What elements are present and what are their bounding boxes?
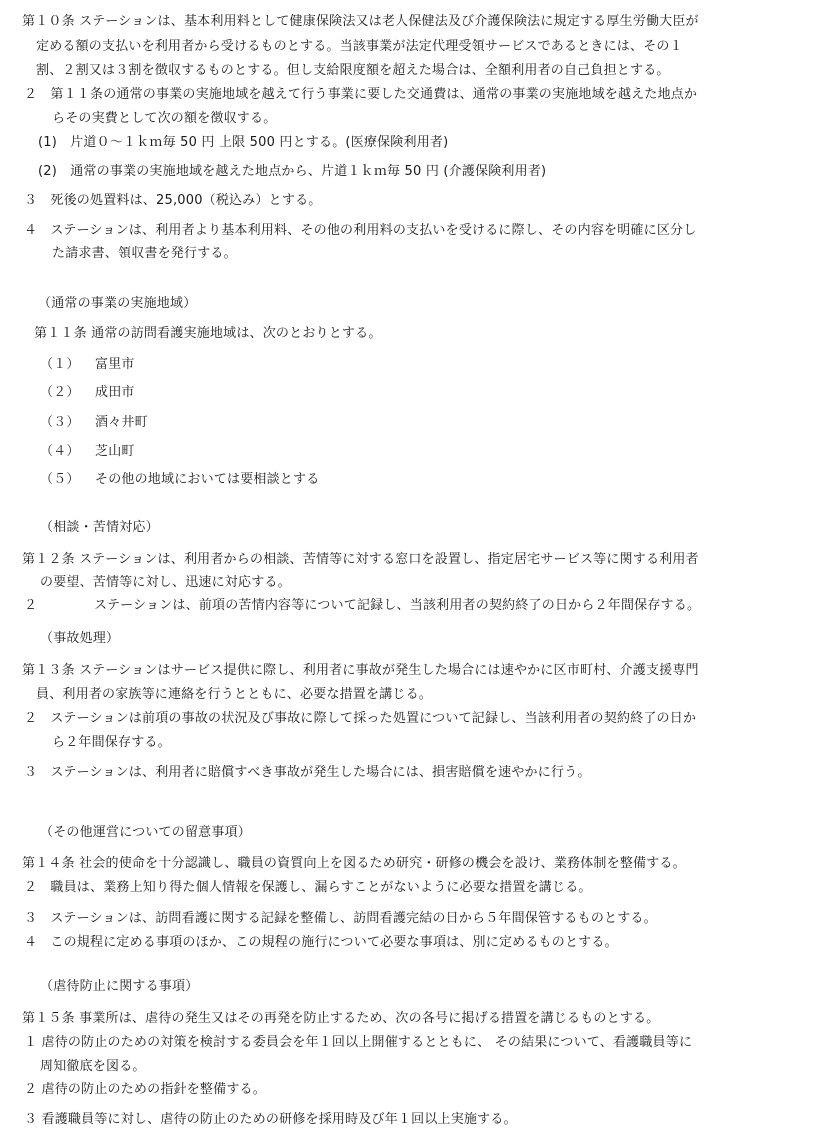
- art12-heading: （相談・苦情対応）: [40, 519, 159, 537]
- art12-para2-text: ステーションは、前項の苦情内容等について記録し、当該利用者の契約終了の日から２年…: [94, 597, 700, 615]
- art14-heading: （その他運営についての留意事項）: [40, 824, 251, 842]
- area-item-text: その他の地域においては要相談とする: [95, 471, 319, 489]
- area-item-number: （３）: [40, 414, 80, 432]
- art12-line-1: 第１２条 ステーションは、利用者からの相談、苦情等に対する窓口を設置し、指定居宅…: [22, 551, 699, 569]
- art10-line-3: 割、２割又は３割を徴収するものとする。但し支給限度額を超えた場合は、全額利用者の…: [36, 62, 670, 80]
- art12-line-2: の要望、苦情等に対し、迅速に対応する。: [40, 574, 291, 592]
- art11-heading: （通常の事業の実施地域）: [38, 295, 196, 313]
- art14-para3: ３ ステーションは、訪問看護に関する記録を整備し、訪問看護完結の日から５年間保管…: [24, 910, 657, 928]
- art13-para2-line-2: ら２年間保存する。: [52, 734, 171, 752]
- art13-heading: （事故処理）: [40, 630, 119, 648]
- art10-para2-item-1: (1) 片道０～１ｋｍ毎 50 円 上限 500 円とする。(医療保険利用者): [38, 134, 448, 152]
- area-item-number: （１）: [40, 356, 80, 374]
- art13-line-2: 員、利用者の家族等に連絡を行うとともに、必要な措置を講じる。: [36, 686, 432, 704]
- art10-line-1: 第１０条 ステーションは、基本利用料として健康保険法又は老人保健法及び介護保険法…: [22, 13, 699, 31]
- art10-para4-line-2: た請求書、領収書を発行する。: [52, 245, 237, 263]
- art15-line-1: 第１５条 事業所は、虐待の発生又はその再発を防止するため、次の各号に掲げる措置を…: [22, 1010, 659, 1028]
- art15-para3: ３ 看護職員等に対し、虐待の防止のための研修を採用時及び年１回以上実施する。: [24, 1111, 517, 1129]
- art10-para4-line-1: ４ ステーションは、利用者より基本利用料、その他の利用料の支払いを受けるに際し、…: [24, 222, 696, 240]
- area-item-text: 芝山町: [95, 443, 135, 461]
- art13-para3: ３ ステーションは、利用者に賠償すべき事故が発生した場合には、損害賠償を速やかに…: [24, 764, 591, 782]
- art12-para2-number: ２: [24, 597, 37, 615]
- art14-para4: ４ この規程に定める事項のほか、この規程の施行について必要な事項は、別に定めるも…: [24, 934, 618, 952]
- art15-para2: ２ 虐待の防止のための指針を整備する。: [24, 1081, 266, 1099]
- art15-para1-line-1: １ 虐待の防止のための対策を検討する委員会を年１回以上開催するとともに、 その結…: [24, 1034, 692, 1052]
- area-item-number: （５）: [40, 471, 80, 489]
- art15-para1-line-2: 周知徹底を図る。: [40, 1058, 146, 1076]
- art13-para2-line-1: ２ ステーションは前項の事故の状況及び事故に際して採った処置について記録し、当該…: [24, 710, 696, 728]
- area-item-text: 酒々井町: [95, 414, 148, 432]
- art10-line-2: 定める額の支払いを利用者から受けるものとする。当該事業が法定代理受領サービスであ…: [36, 38, 683, 56]
- area-item-number: （４）: [40, 443, 80, 461]
- art10-para2-item-2: (2) 通常の事業の実施地域を越えた地点から、片道１ｋｍ毎 50 円 (介護保険…: [38, 163, 546, 181]
- art10-para3: ３ 死後の処置料は、25,000（税込み）とする。: [24, 192, 322, 210]
- art15-heading: （虐待防止に関する事項）: [40, 978, 198, 996]
- art10-para2-line-1: ２ 第１１条の通常の事業の実施地域を越えて行う事業に要した交通費は、通常の事業の…: [24, 86, 697, 104]
- art14-para2: ２ 職員は、業務上知り得た個人情報を保護し、漏らすことがないように必要な措置を講…: [24, 879, 592, 897]
- area-item-text: 富里市: [95, 356, 135, 374]
- art11-intro: 第１１条 通常の訪問看護実施地域は、次のとおりとする。: [34, 325, 382, 343]
- art13-line-1: 第１３条 ステーションはサービス提供に際し、利用者に事故が発生した場合には速やか…: [22, 662, 699, 680]
- area-item-number: （２）: [40, 384, 80, 402]
- art14-line-1: 第１４条 社会的使命を十分認識し、職員の資質向上を図るため研究・研修の機会を設け…: [22, 855, 686, 873]
- area-item-text: 成田市: [95, 384, 135, 402]
- art10-para2-line-2: らその実費として次の額を徴収する。: [52, 110, 276, 128]
